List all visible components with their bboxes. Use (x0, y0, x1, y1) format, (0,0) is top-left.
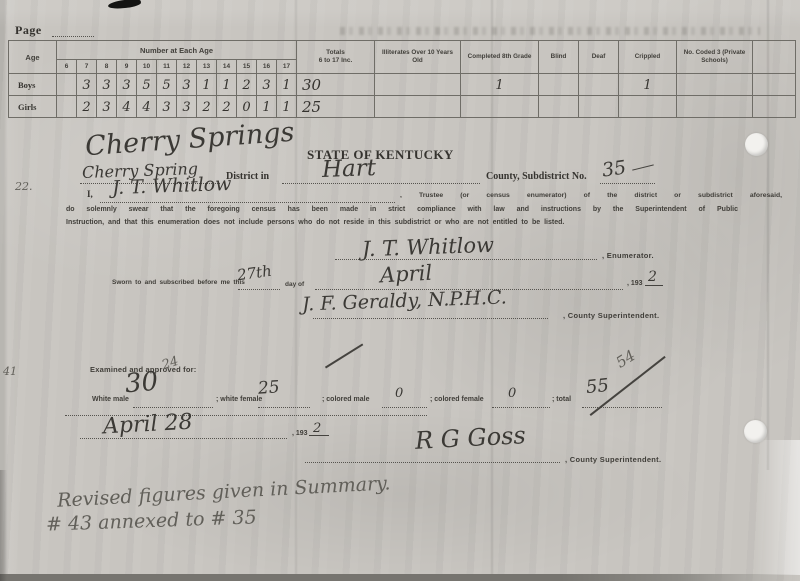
girls-age-9: 4 (122, 100, 130, 115)
boys-age-16: 3 (262, 78, 270, 93)
age-tick: 15 (237, 60, 257, 74)
boys-age-10: 5 (142, 78, 150, 93)
colored-female-entry: 0 (508, 386, 516, 401)
hole-punch (745, 133, 768, 156)
county-blank (282, 182, 480, 184)
girls-age-13: 2 (202, 100, 210, 115)
boys-age-12: 3 (182, 78, 190, 93)
girls-age-16: 1 (262, 100, 270, 115)
pen-stroke (645, 285, 663, 286)
boys-age-9: 3 (122, 78, 130, 93)
boys-completed-8th: 1 (495, 78, 503, 93)
scan-bottom-edge (0, 574, 800, 581)
age-tick: 17 (277, 60, 297, 74)
i-label: I, (87, 189, 93, 199)
age-tick: 9 (117, 60, 137, 74)
approval-year-prefix: , 193 (292, 430, 308, 437)
boys-age-14: 1 (222, 78, 230, 93)
boys-total: 30 (297, 76, 374, 94)
page-number-blank (52, 35, 94, 37)
day-of-label: day of (285, 281, 304, 288)
table-row-girls: Girls 2 3 4 4 3 3 2 2 0 1 1 25 (9, 96, 796, 118)
sworn-text: Sworn to and subscribed before me this (112, 279, 245, 286)
page-edge-highlight (755, 440, 800, 575)
sworn-day-entry: 27th (236, 262, 273, 285)
row-label: Boys (9, 74, 57, 96)
oath-line1: do solemnly swear that the foregoing cen… (66, 206, 738, 213)
colored-female-label: ; colored female (430, 396, 484, 403)
colored-male-entry: 0 (395, 386, 403, 401)
girls-total: 25 (297, 98, 374, 116)
girls-age-8: 3 (102, 100, 110, 115)
pen-stroke (632, 164, 654, 170)
no-coded-header: No. Coded 3 (Private Schools) (677, 41, 753, 74)
cutoff-cell (753, 96, 796, 118)
sworn-year-prefix: , 193 (627, 280, 643, 287)
totals-header-line1: Totals (297, 49, 374, 57)
boys-age-11: 5 (162, 78, 170, 93)
totals-header-line2: 6 to 17 Inc. (297, 57, 374, 65)
deaf-header: Deaf (579, 41, 619, 74)
white-male-entry: 30 (124, 367, 160, 400)
superintendent-signature: J. F. Geraldy, N.P.H.C. (302, 286, 507, 315)
enumerator-signature-blank (335, 258, 597, 260)
completed-8th-header: Completed 8th Grade (461, 41, 539, 74)
age-tick: 14 (217, 60, 237, 74)
enumerator-signature: J. T. Whitlow (362, 233, 495, 262)
ink-smudge (108, 0, 142, 10)
enumerator-label: , Enumerator. (602, 251, 654, 260)
girls-age-7: 2 (82, 100, 90, 115)
girls-age-17: 1 (282, 100, 290, 115)
sworn-month-entry: April (379, 261, 432, 288)
table-row-boys: Boys 3 3 3 5 5 3 1 1 2 3 1 30 1 1 (9, 74, 796, 96)
colored-female-blank (492, 406, 550, 408)
blind-header: Blind (539, 41, 579, 74)
trustee-suffix: , Trustee (or census enumerator) of the … (400, 192, 782, 199)
total-entry: 55 (585, 375, 610, 398)
district-in-label: District in (226, 171, 269, 182)
illiterates-header: Illiterates Over 10 Years Old (375, 41, 461, 74)
pencil-note-line2: # 43 annexed to # 35 (46, 506, 257, 535)
sworn-day-blank (238, 288, 280, 290)
cutoff-cell (753, 74, 796, 96)
trustee-name-blank (100, 201, 395, 203)
total-correction: 54 (613, 346, 639, 371)
age-tick: 7 (77, 60, 97, 74)
row-label: Girls (9, 96, 57, 118)
margin-note-41: 41 (3, 365, 17, 378)
pencil-note-line1: Revised figures given in Summary. (57, 472, 391, 511)
girls-age-15: 0 (242, 100, 250, 115)
age-column-header: Age (9, 41, 57, 74)
boys-age-13: 1 (202, 78, 210, 93)
superintendent-signature-blank (313, 317, 548, 319)
age-tick: 8 (97, 60, 117, 74)
white-female-label: ; white female (216, 396, 262, 403)
age-tick: 16 (257, 60, 277, 74)
girls-age-11: 3 (162, 100, 170, 115)
age-tick: 11 (157, 60, 177, 74)
colored-male-blank (382, 406, 427, 408)
enrollment-table: Age Number at Each Age Totals 6 to 17 In… (8, 40, 796, 118)
totals-header: Totals 6 to 17 Inc. (297, 41, 375, 74)
scanned-census-document: Page Age Number at Each Age Totals 6 to … (0, 0, 800, 581)
age-tick: 6 (57, 60, 77, 74)
white-male-blank (133, 406, 213, 408)
girls-age-12: 3 (182, 100, 190, 115)
subdistrict-entry: 35 (601, 156, 628, 181)
oath-line2: Instruction, and that this enumeration d… (66, 219, 738, 226)
boys-age-17: 1 (282, 78, 290, 93)
age-tick: 13 (197, 60, 217, 74)
total-label: ; total (552, 396, 571, 403)
county-subdistrict-label: County, Subdistrict No. (486, 171, 587, 182)
subdistrict-blank (600, 182, 655, 184)
crippled-header: Crippled (619, 41, 677, 74)
bleed-through-text-band (340, 27, 760, 35)
girls-age-14: 2 (222, 100, 230, 115)
approval-signature-blank (305, 461, 560, 463)
hole-punch (744, 420, 767, 443)
boys-crippled: 1 (643, 78, 651, 93)
trustee-name-entry: J. T. Whitlow (112, 173, 232, 199)
county-entry: Hart (322, 155, 377, 183)
total-blank (582, 406, 662, 408)
cutoff-column (753, 41, 796, 74)
margin-note-22: 22. (15, 180, 33, 193)
pen-stroke (309, 435, 329, 436)
white-female-entry: 25 (257, 377, 280, 398)
boys-age-7: 3 (82, 78, 90, 93)
girls-age-10: 4 (142, 100, 150, 115)
boys-age-15: 2 (242, 78, 250, 93)
superintendent-label: , County Superintendent. (563, 311, 659, 320)
age-tick: 12 (177, 60, 197, 74)
date-blank (80, 437, 287, 439)
page-label: Page (15, 23, 42, 38)
school-name-script: Cherry Springs (84, 117, 295, 163)
age-tick: 10 (137, 60, 157, 74)
approval-superintendent-label: , County Superintendent. (565, 455, 661, 464)
approval-signature: R G Goss (414, 421, 526, 455)
white-male-label: White male (92, 396, 129, 403)
colored-male-label: ; colored male (322, 396, 369, 403)
approval-year-entry: 2 (313, 421, 321, 436)
approval-date-entry: April 28 (102, 410, 193, 440)
scan-left-edge (0, 470, 7, 581)
white-female-blank (258, 406, 310, 408)
boys-age-8: 3 (102, 78, 110, 93)
number-at-each-age-header: Number at Each Age (57, 41, 297, 60)
check-mark (325, 343, 363, 368)
sworn-year-entry: 2 (648, 269, 657, 285)
